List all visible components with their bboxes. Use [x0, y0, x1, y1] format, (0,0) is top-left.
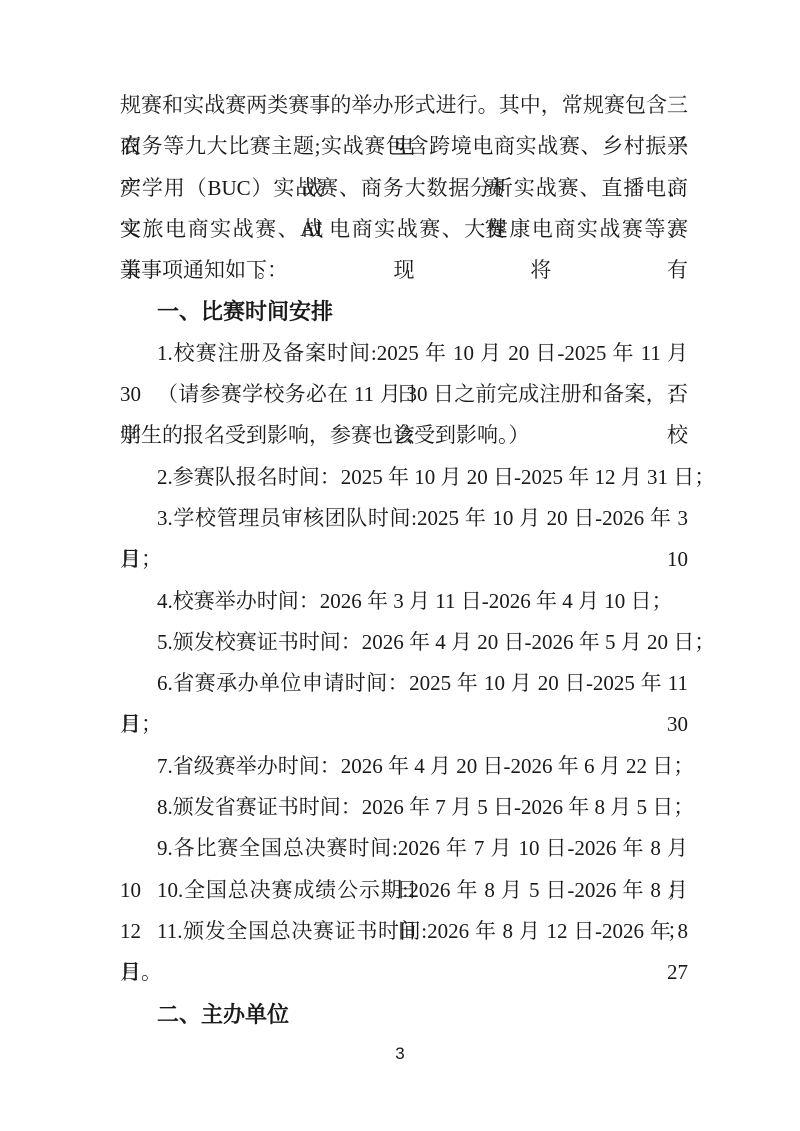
document-body: 规赛和实战赛两类赛事的举办形式进行。其中，常规赛包含三农电子商务等九大比赛主题;…: [120, 85, 688, 1035]
text-line: 6.省赛承办单位申请时间：2025 年 10 月 20 日-2025 年 11 …: [120, 663, 688, 704]
text-line: 11.颁发全国总决赛证书时间:2026 年 8 月 12 日-2026 年 8 …: [120, 911, 688, 952]
text-line: 5.颁发校赛证书时间：2026 年 4 月 20 日-2026 年 5 月 20…: [120, 622, 688, 663]
text-line: 9.各比赛全国总决赛时间:2026 年 7 月 10 日-2026 年 8 月 …: [120, 828, 688, 869]
text-line: 产学用（BUC）实战赛、商务大数据分析实战赛、直播电商实战赛、: [120, 168, 688, 209]
text-line: 3.学校管理员审核团队时间:2025 年 10 月 20 日-2026 年 3 …: [120, 498, 688, 539]
text-line: 文旅电商实战赛、AI 电商实战赛、大健康电商实战赛等赛事。现将有: [120, 209, 688, 250]
text-line: 8.颁发省赛证书时间：2026 年 7 月 5 日-2026 年 8 月 5 日…: [120, 787, 688, 828]
document-page: 规赛和实战赛两类赛事的举办形式进行。其中，常规赛包含三农电子商务等九大比赛主题;…: [0, 0, 800, 1131]
section-heading: 二、主办单位: [120, 994, 688, 1035]
text-line: 商务等九大比赛主题;实战赛包含跨境电商实战赛、乡村振兴实战赛、: [120, 126, 688, 167]
text-line: 1.校赛注册及备案时间:2025 年 10 月 20 日-2025 年 11 月…: [120, 333, 688, 374]
text-line: （请参赛学校务必在 11 月 30 日之前完成注册和备案，否则该校: [120, 374, 688, 415]
text-line: 10.全国总决赛成绩公示期:2026 年 8 月 5 日-2026 年 8 月 …: [120, 870, 688, 911]
text-line: 规赛和实战赛两类赛事的举办形式进行。其中，常规赛包含三农电子: [120, 85, 688, 126]
section-heading: 一、比赛时间安排: [120, 291, 688, 332]
text-line: 7.省级赛举办时间：2026 年 4 月 20 日-2026 年 6 月 22 …: [120, 746, 688, 787]
text-line: 2.参赛队报名时间：2025 年 10 月 20 日-2025 年 12 月 3…: [120, 457, 688, 498]
text-line: 4.校赛举办时间：2026 年 3 月 11 日-2026 年 4 月 10 日…: [120, 581, 688, 622]
page-number: 3: [0, 1042, 800, 1066]
